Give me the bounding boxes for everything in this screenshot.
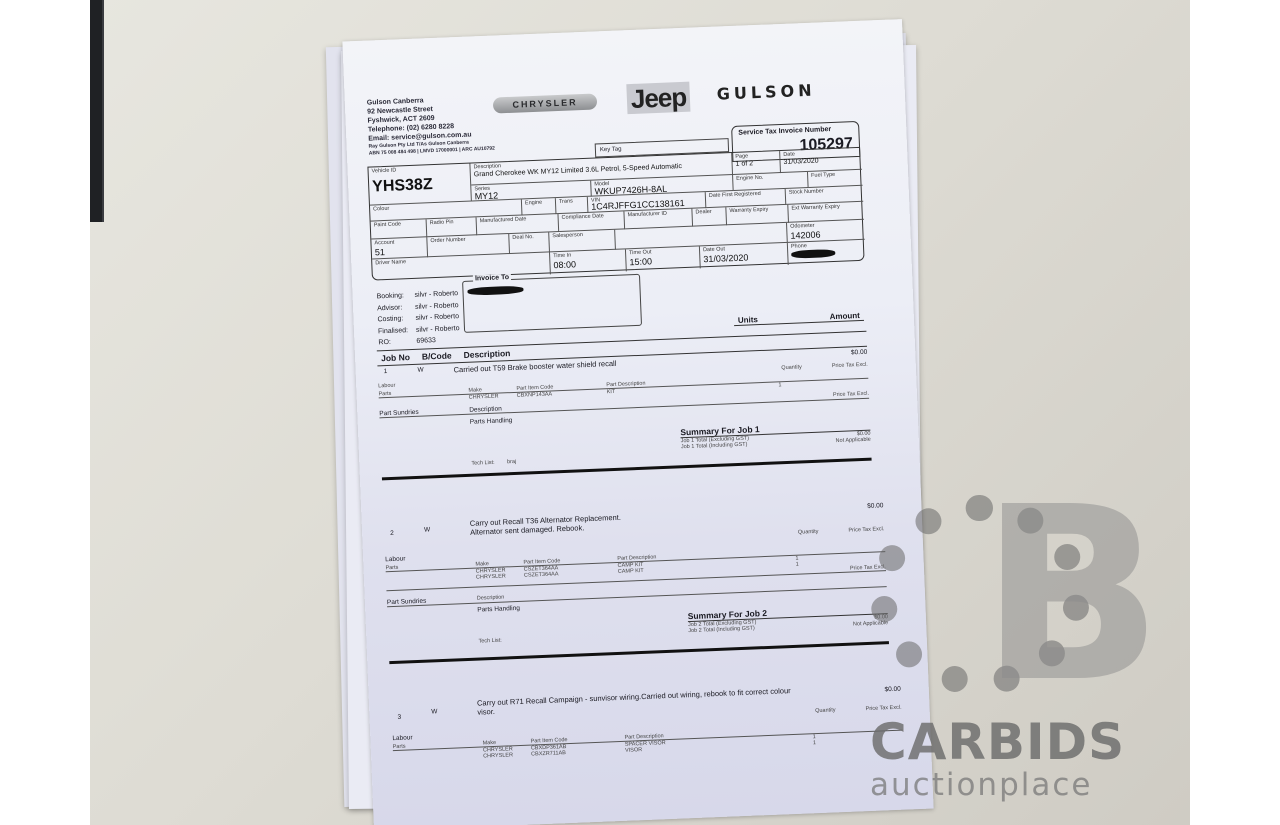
job-1: 1 W Carried out T59 Brake booster water … [378, 349, 872, 481]
staff-label: Advisor: [377, 302, 413, 313]
staff-label: Booking: [376, 291, 412, 302]
invoice-to-box: Invoice To [462, 274, 642, 333]
job-bcode: W [431, 707, 477, 716]
field-label: Time In [553, 253, 571, 260]
field-label: Date First Registered [709, 191, 761, 199]
field-label: Description [473, 163, 501, 170]
radio-pin-cell: Radio Pin [427, 217, 478, 237]
job-2: 2 W Carry out Recall T36 Alternator Repl… [384, 502, 889, 664]
vehicle-id-value: YHS38Z [372, 175, 468, 197]
trans-cell: Trans [556, 197, 589, 214]
redacted-customer-name [467, 285, 523, 295]
vehicle-details-grid: Vehicle ID YHS38Z Description Grand Cher… [367, 147, 864, 281]
dealer-address-block: Gulson Canberra 92 Newcastle Street Fysh… [367, 93, 499, 157]
job-number: 1 [378, 367, 418, 376]
job-amount: $0.00 [851, 349, 868, 357]
description-header: Description [463, 348, 510, 360]
job-number: 2 [384, 529, 424, 538]
gulson-logo: GULSON [716, 81, 816, 104]
quantity-header: Quantity [781, 364, 802, 371]
redacted-phone [791, 249, 835, 259]
date-out-value: 31/03/2020 [703, 251, 784, 264]
field-label: Paint Code [374, 221, 401, 228]
staff-value: silvr - Roberto [415, 300, 465, 311]
quantity-header: Quantity [798, 529, 819, 536]
field-label: Date Out [703, 246, 725, 253]
field-label: Warranty Expiry [729, 207, 768, 215]
part-make: CHRYSLER [469, 393, 517, 401]
tech-list-label: Tech List: [471, 460, 494, 467]
job-bcode: W [417, 365, 453, 373]
quantity-header: Quantity [815, 707, 836, 714]
summary-label: Job 2 Total (Including GST) [688, 625, 755, 634]
key-tag-label: Key Tag [600, 146, 622, 153]
chrysler-logo: CHRYSLER [493, 93, 598, 113]
units-amount-header: Units Amount [734, 311, 864, 326]
staff-label: RO: [378, 337, 414, 348]
carbids-watermark: B CARBIDS auctionplace [870, 495, 1150, 815]
staff-value: 69633 [416, 335, 466, 346]
job-3: 3 W Carry out R71 Recall Campaign - sunv… [391, 682, 903, 763]
field-label: Ext Warranty Expiry [791, 204, 840, 212]
page-value: 1 of 2 [735, 159, 776, 168]
dealer-cell: Dealer [692, 207, 727, 226]
field-label: Compliance Date [562, 213, 604, 221]
job-description: Carry out Recall T36 Alternator Replacem… [470, 512, 651, 537]
jeep-logo: Jeep [626, 82, 690, 115]
vehicle-id-cell: Vehicle ID YHS38Z [368, 164, 471, 206]
field-label: Radio Pin [430, 219, 454, 226]
field-label: Order Number [430, 237, 465, 244]
price-header: Price Tax Excl. [833, 391, 869, 399]
phone-cell: Phone [788, 240, 866, 265]
field-label: Stock Number [789, 188, 824, 195]
amount-header: Amount [829, 311, 860, 321]
service-invoice-sheet: Gulson Canberra 92 Newcastle Street Fysh… [342, 19, 933, 825]
job-bcode: W [424, 525, 470, 534]
summary-value: Not Applicable [836, 437, 871, 444]
date-out-cell: Date Out 31/03/2020 [700, 243, 789, 269]
invoice-number-label: Service Tax Invoice Number [738, 126, 831, 137]
odometer-value: 142006 [790, 228, 861, 241]
units-header: Units [738, 315, 758, 325]
account-value: 51 [375, 245, 424, 257]
tech-list: Tech List: [478, 625, 599, 648]
tech-list-label: Tech List: [478, 638, 501, 645]
staff-value: silvr - Roberto [414, 289, 464, 300]
watermark-brand: CARBIDS [870, 713, 1125, 771]
engine-cell: Engine [522, 198, 557, 215]
invoice-to-label: Invoice To [473, 274, 511, 283]
staff-label: Finalised: [378, 325, 414, 336]
job-no-header: Job No [381, 352, 410, 363]
black-binder-edge [90, 0, 104, 222]
field-label: Vehicle ID [371, 167, 396, 174]
tech-name: braj [507, 459, 516, 465]
salesperson-cell: Salesperson [549, 230, 616, 253]
field-label: Odometer [790, 223, 815, 230]
field-label: Manufacturer ID [627, 211, 667, 219]
job-summary-area: Tech List: braj Summary For Job 1 Job 1 … [380, 420, 871, 474]
deal-no-cell: Deal No. [509, 232, 550, 254]
account-cell: Account 51 [371, 237, 428, 259]
field-label: Manufactured Date [480, 216, 527, 224]
part-make: CHRYSLER [483, 752, 531, 760]
field-label: Engine [525, 200, 542, 207]
staff-label: Costing: [377, 314, 413, 325]
staff-value: silvr - Roberto [415, 312, 465, 323]
photo-background: Gulson Canberra 92 Newcastle Street Fysh… [90, 0, 1190, 825]
field-label: Deal No. [512, 234, 534, 241]
page-cell: Page 1 of 2 [732, 151, 781, 175]
time-in-value: 08:00 [553, 257, 622, 270]
job-summary: Summary For Job 1 Job 1 Total (Excluding… [680, 420, 871, 462]
field-label: Colour [373, 206, 389, 213]
job-summary: Summary For Job 2 Job 2 Total (Excluding… [688, 603, 889, 639]
field-label: Phone [791, 243, 807, 250]
field-label: Page [735, 153, 748, 160]
field-label: Fuel Type [811, 172, 835, 179]
watermark-sub: auctionplace [870, 767, 1092, 803]
field-label: Account [374, 240, 394, 247]
field-label: Dealer [695, 209, 711, 216]
staff-row: RO:69633 [378, 335, 466, 348]
field-label: Engine No. [736, 175, 763, 182]
sundry-description-header: Description [477, 595, 505, 603]
paint-code-cell: Paint Code [371, 219, 428, 239]
time-in-cell: Time In 08:00 [550, 249, 627, 274]
tech-list: Tech List: braj [471, 447, 592, 470]
field-label: Date [783, 151, 795, 157]
b-letter-icon: B [980, 485, 1163, 705]
summary-label: Job 1 Total (Including GST) [681, 442, 748, 451]
staff-list: Booking:silvr - Roberto Advisor:silvr - … [374, 287, 468, 350]
field-label: Driver Name [375, 259, 406, 266]
time-out-value: 15:00 [629, 255, 696, 268]
field-label: Trans [559, 198, 573, 205]
field-label: Time Out [629, 249, 652, 256]
job-number: 3 [391, 713, 431, 722]
bcode-header: B/Code [422, 350, 452, 361]
time-out-cell: Time Out 15:00 [626, 246, 701, 271]
staff-value: silvr - Roberto [416, 323, 466, 334]
field-label: Salesperson [552, 232, 583, 239]
